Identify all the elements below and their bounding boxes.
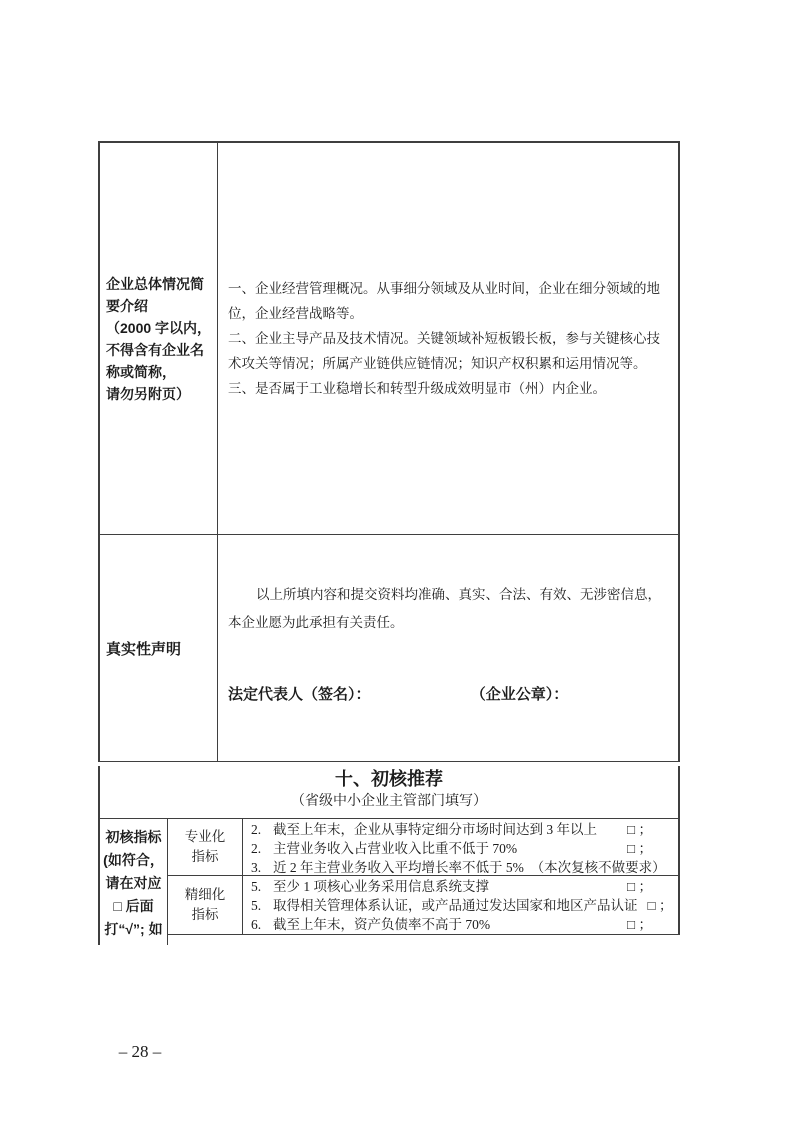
overview-content-cell: 一、企业经营管理概况。从事细分领域及从业时间，企业在细分领域的地 位，企业经营战… <box>218 143 678 534</box>
item-number: 2. <box>251 839 273 858</box>
item-checkbox: □ ； <box>638 896 673 915</box>
item-number: 6. <box>251 915 273 934</box>
declaration-label: 真实性声明 <box>106 638 181 659</box>
section-subtitle: （省级中小企业主管部门填写） <box>100 792 678 812</box>
item-number: 3. <box>251 858 273 877</box>
item-checkbox: □ ； <box>617 877 652 896</box>
indicator-group-professional: 专业化 指标 <box>168 819 243 876</box>
indicator-group-refinement: 精细化 指标 <box>168 876 243 935</box>
indicator-item: 6. 截至上年末，资产负债率不高于 70% □ ； <box>251 915 652 934</box>
professional-items-cell: 2. 截至上年末，企业从事特定细分市场时间达到 3 年以上 □ ； 2. 主营业… <box>243 819 680 876</box>
application-form-table: 企业总体情况简 要介绍 （2000 字以内， 不得含有企业名 称或简称， 请勿另… <box>98 141 680 945</box>
refinement-items-cell: 5. 至少 1 项核心业务采用信息系统支撑 □ ； 5. 取得相关管理体系认证，… <box>243 876 680 935</box>
signature-line: 法定代表人（签名）： （企业公章）： <box>228 683 670 704</box>
overview-label: 企业总体情况简 要介绍 （2000 字以内， 不得含有企业名 称或简称， 请勿另… <box>106 273 211 405</box>
indicator-item: 3. 近 2 年主营业务收入平均增长率不低于 5% （本次复核不做要求） <box>251 858 652 877</box>
item-checkbox: □ ； <box>617 839 652 858</box>
indicator-item: 2. 主营业务收入占营业收入比重不低于 70% □ ； <box>251 839 652 858</box>
item-checkbox <box>666 858 676 877</box>
item-text: 至少 1 项核心业务采用信息系统支撑 <box>273 877 489 896</box>
indicator-note-cell: 初核指标 (如符合， 请在对应 □ 后面 打“√”; 如 <box>98 819 168 945</box>
company-seal-label: （企业公章）： <box>471 686 569 703</box>
item-text: 主营业务收入占营业收入比重不低于 70% <box>273 839 517 858</box>
declaration-statement: 以上所填内容和提交资料均准确、真实、合法、有效、无涉密信息， 本企业愿为此承担有… <box>228 581 670 637</box>
item-text: 截至上年末，企业从事特定细分市场时间达到 3 年以上 <box>273 820 597 839</box>
indicator-item: 5. 至少 1 项核心业务采用信息系统支撑 □ ； <box>251 877 652 896</box>
declaration-content-cell: 以上所填内容和提交资料均准确、真实、合法、有效、无涉密信息， 本企业愿为此承担有… <box>218 535 678 761</box>
item-number: 5. <box>251 877 273 896</box>
item-number: 2. <box>251 820 273 839</box>
item-checkbox: □ ； <box>617 915 652 934</box>
item-text: 取得相关管理体系认证，或产品通过发达国家和地区产品认证 <box>273 896 638 915</box>
overview-content-text: 一、企业经营管理概况。从事细分领域及从业时间，企业在细分领域的地 位，企业经营战… <box>218 276 668 401</box>
item-text: 截至上年末，资产负债率不高于 70% <box>273 915 490 934</box>
item-number: 5. <box>251 896 273 915</box>
indicator-table: 初核指标 (如符合， 请在对应 □ 后面 打“√”; 如 专业化 指标 2. 截… <box>98 819 680 945</box>
overview-row: 企业总体情况简 要介绍 （2000 字以内， 不得含有企业名 称或简称， 请勿另… <box>98 141 680 535</box>
section-header-row: 十、初核推荐 （省级中小企业主管部门填写） <box>98 766 680 819</box>
item-checkbox: □ ； <box>617 820 652 839</box>
indicator-item: 5. 取得相关管理体系认证，或产品通过发达国家和地区产品认证 □ ； <box>251 896 652 915</box>
indicator-item: 2. 截至上年末，企业从事特定细分市场时间达到 3 年以上 □ ； <box>251 820 652 839</box>
declaration-row: 真实性声明 以上所填内容和提交资料均准确、真实、合法、有效、无涉密信息， 本企业… <box>98 535 680 762</box>
overview-label-cell: 企业总体情况简 要介绍 （2000 字以内， 不得含有企业名 称或简称， 请勿另… <box>100 143 218 534</box>
document-page: 企业总体情况简 要介绍 （2000 字以内， 不得含有企业名 称或简称， 请勿另… <box>0 0 793 1122</box>
section-title: 十、初核推荐 <box>100 766 678 792</box>
page-number: – 28 – <box>97 1042 183 1062</box>
legal-representative-sign-label: 法定代表人（签名）： <box>228 686 371 703</box>
declaration-label-cell: 真实性声明 <box>100 535 218 761</box>
item-text: 近 2 年主营业务收入平均增长率不低于 5% （本次复核不做要求） <box>273 858 666 877</box>
